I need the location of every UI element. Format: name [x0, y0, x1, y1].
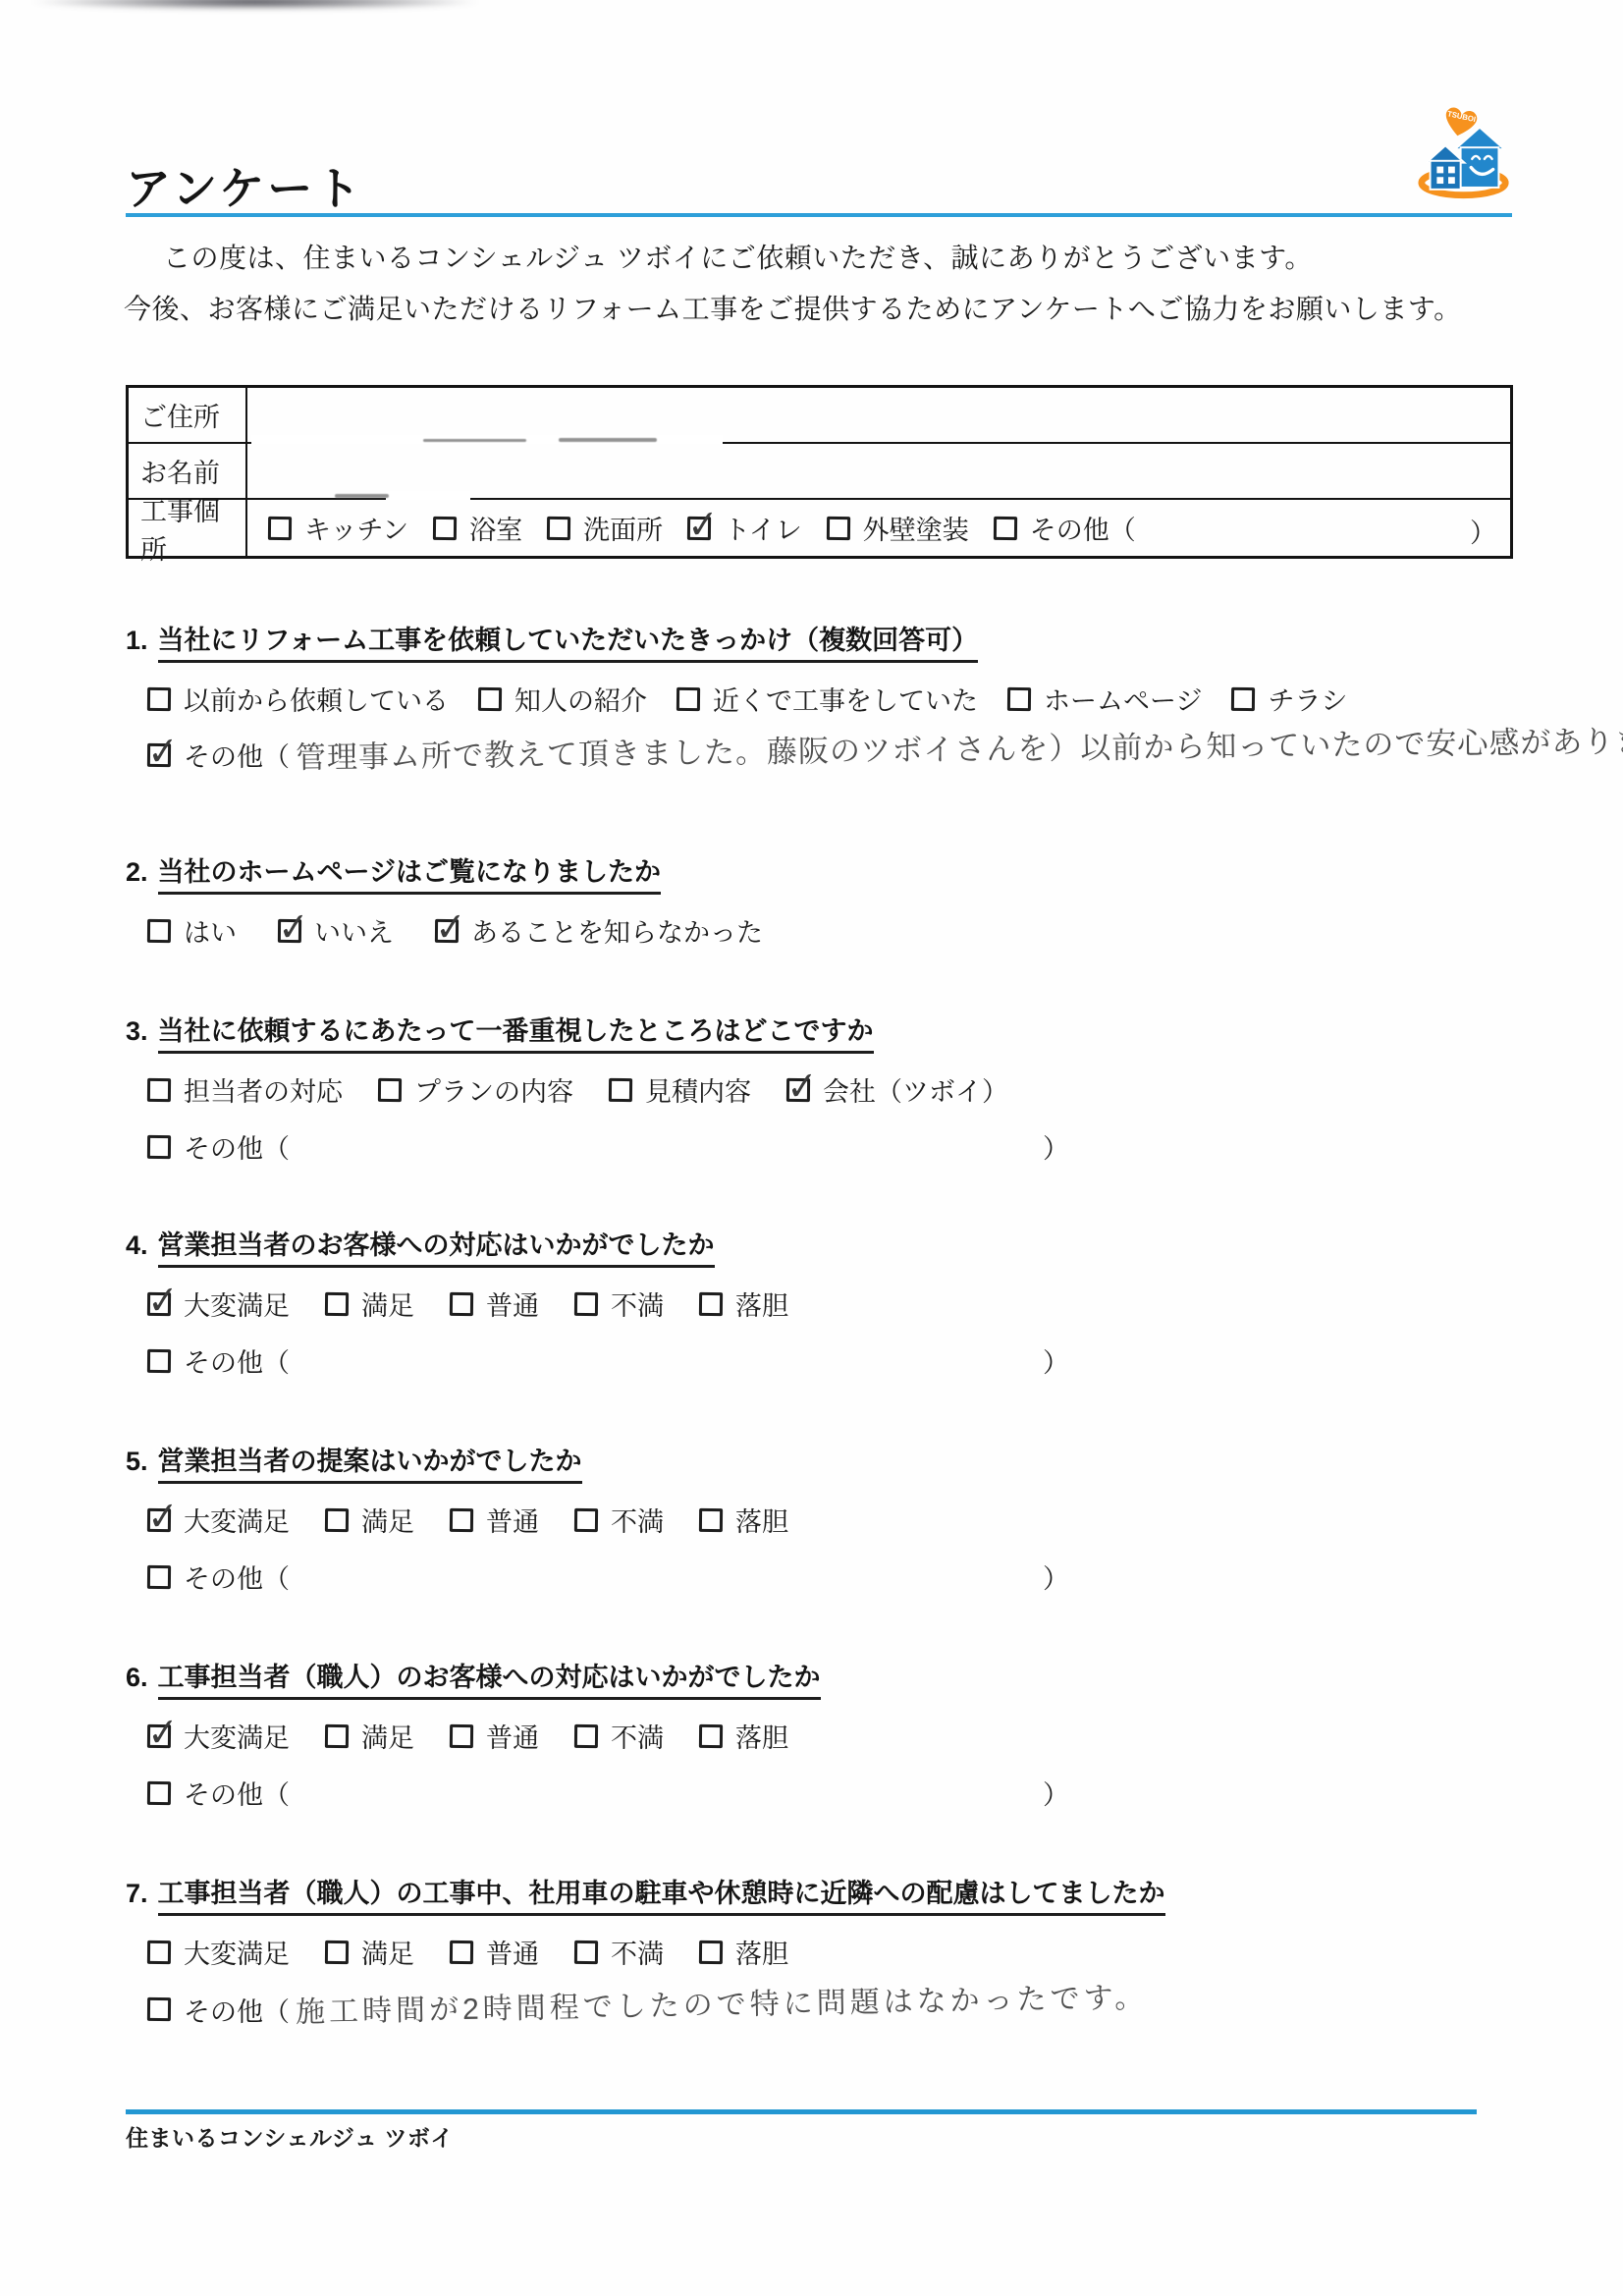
checkbox-bathroom[interactable] — [433, 516, 457, 539]
redaction-smear — [423, 439, 526, 442]
question-5-options: 大変満足 満足 普通 不満 落胆 — [147, 1501, 788, 1539]
question-7-heading: 7.工事担当者（職人）の工事中、社用車の駐車や休憩時に近隣への配慮はしてましたか — [126, 1872, 1165, 1910]
q6-checkbox-dissatisfied[interactable] — [574, 1723, 598, 1747]
redaction-patch — [386, 491, 470, 500]
q2-checkbox-yes[interactable] — [147, 918, 171, 942]
option-toilet: トイレ — [687, 509, 802, 547]
q5-checkbox-dissatisfied[interactable] — [574, 1507, 598, 1531]
q7-handwritten-answer: 施工時間が2時間程でしたので特に問題はなかったです。 — [296, 1973, 1149, 2031]
q4-checkbox-very-satisfied[interactable] — [147, 1291, 171, 1315]
redaction-smear — [559, 438, 657, 442]
q2-checkbox-did-not-know[interactable] — [435, 918, 459, 942]
worksite-other-close-paren: ） — [1470, 512, 1496, 550]
q3-checkbox-staff-response[interactable] — [147, 1077, 171, 1101]
logo-big-house — [1455, 128, 1504, 188]
checkbox-toilet[interactable] — [687, 516, 711, 539]
name-row: お名前 — [129, 444, 1510, 500]
q1-checkbox-repeat-customer[interactable] — [147, 686, 171, 710]
q7-checkbox-satisfied[interactable] — [325, 1940, 349, 1963]
footer-divider — [126, 2109, 1477, 2114]
question-4-heading: 4.営業担当者のお客様への対応はいかがでしたか — [126, 1224, 715, 1262]
q1-checkbox-referral[interactable] — [478, 686, 502, 710]
q7-checkbox-disappointed[interactable] — [699, 1940, 723, 1963]
option-exterior-paint: 外壁塗装 — [827, 509, 969, 547]
question-7-other: その他（ 施工時間が2時間程でしたので特に問題はなかったです。 — [147, 1988, 1148, 2031]
question-5-heading: 5.営業担当者の提案はいかがでしたか — [126, 1440, 582, 1478]
q1-checkbox-homepage[interactable] — [1007, 686, 1031, 710]
q7-checkbox-other[interactable] — [147, 1997, 171, 2021]
option-kitchen: キッチン — [268, 509, 408, 547]
q4-checkbox-disappointed[interactable] — [699, 1291, 723, 1315]
q4-checkbox-other[interactable] — [147, 1348, 171, 1372]
address-row: ご住所 — [129, 388, 1510, 444]
q1-checkbox-flyer[interactable] — [1231, 686, 1255, 710]
q5-other-close-paren: ） — [1043, 1558, 1069, 1596]
q6-checkbox-satisfied[interactable] — [325, 1723, 349, 1747]
q1-handwritten-answer: 管理事ム所で教えて頂きました。藤阪のツボイさんを）以前から知っていたので安心感が… — [296, 715, 1623, 777]
worksite-options: キッチン 浴室 洗面所 トイレ 外壁塗装 — [268, 500, 1500, 556]
question-3-options: 担当者の対応 プランの内容 見積内容 会社（ツボイ） — [147, 1070, 1008, 1109]
q6-checkbox-very-satisfied[interactable] — [147, 1723, 171, 1747]
q3-checkbox-other[interactable] — [147, 1134, 171, 1158]
question-6-heading: 6.工事担当者（職人）のお客様への対応はいかがでしたか — [126, 1656, 821, 1694]
q6-checkbox-disappointed[interactable] — [699, 1723, 723, 1747]
q1-checkbox-nearby-work[interactable] — [676, 686, 700, 710]
intro-line-2: 今後、お客様にご満足いただけるリフォーム工事をご提供するためにアンケートへご協力… — [124, 288, 1462, 327]
worksite-row: 工事個所 キッチン 浴室 洗面所 トイレ — [129, 500, 1510, 556]
name-field[interactable] — [266, 444, 1500, 498]
q7-checkbox-average[interactable] — [450, 1940, 473, 1963]
q7-checkbox-very-satisfied[interactable] — [147, 1940, 171, 1963]
option-bathroom: 浴室 — [433, 509, 522, 547]
tsuboi-logo: TSUBOI — [1417, 102, 1512, 204]
question-5-other: その他（ ） — [147, 1558, 290, 1596]
q6-checkbox-average[interactable] — [450, 1723, 473, 1747]
question-4-options: 大変満足 満足 普通 不満 落胆 — [147, 1285, 788, 1323]
survey-scan-page: アンケート TSUBOI この度は、住まいるコンシェルジュ ツボイにご依頼いただ… — [0, 0, 1623, 2296]
q4-checkbox-average[interactable] — [450, 1291, 473, 1315]
address-label: ご住所 — [129, 388, 247, 442]
q5-checkbox-satisfied[interactable] — [325, 1507, 349, 1531]
question-1-other: その他（ 管理事ム所で教えて頂きました。藤阪のツボイさんを）以前から知っていたの… — [147, 733, 1623, 777]
question-2-options: はい いいえ あることを知らなかった — [147, 911, 763, 950]
q3-checkbox-plan-content[interactable] — [378, 1077, 402, 1101]
question-3-heading: 3.当社に依頼するにあたって一番重視したところはどこですか — [126, 1010, 874, 1048]
checkbox-worksite-other[interactable] — [994, 516, 1017, 539]
question-6-other: その他（ ） — [147, 1774, 290, 1812]
q3-other-close-paren: ） — [1043, 1127, 1069, 1166]
option-washroom: 洗面所 — [547, 509, 663, 547]
customer-info-table: ご住所 お名前 工事個所 キッチン 浴室 — [126, 385, 1513, 559]
checkbox-washroom[interactable] — [547, 516, 570, 539]
q1-checkbox-other[interactable] — [147, 742, 171, 766]
question-7-options: 大変満足 満足 普通 不満 落胆 — [147, 1933, 788, 1971]
question-1-heading: 1.当社にリフォーム工事を依頼していただいたきっかけ（複数回答可） — [126, 619, 978, 657]
question-4-other: その他（ ） — [147, 1341, 290, 1380]
question-1-options: 以前から依頼している 知人の紹介 近くで工事をしていた ホームページ チラシ — [147, 680, 1347, 718]
question-6-options: 大変満足 満足 普通 不満 落胆 — [147, 1717, 788, 1755]
footer-company-name: 住まいるコンシェルジュ ツボイ — [126, 2120, 454, 2153]
q5-checkbox-disappointed[interactable] — [699, 1507, 723, 1531]
q4-checkbox-dissatisfied[interactable] — [574, 1291, 598, 1315]
q3-checkbox-company[interactable] — [786, 1077, 810, 1101]
q5-checkbox-average[interactable] — [450, 1507, 473, 1531]
address-field[interactable] — [266, 388, 1500, 442]
checkbox-exterior-paint[interactable] — [827, 516, 850, 539]
redaction-smear — [335, 494, 389, 498]
q6-other-close-paren: ） — [1043, 1774, 1069, 1812]
q6-checkbox-other[interactable] — [147, 1780, 171, 1804]
q4-checkbox-satisfied[interactable] — [325, 1291, 349, 1315]
question-2-heading: 2.当社のホームページはご覧になりましたか — [126, 850, 661, 889]
q5-checkbox-other[interactable] — [147, 1564, 171, 1588]
scan-artifact — [29, 0, 481, 10]
question-3-other: その他（ ） — [147, 1127, 290, 1166]
q5-checkbox-very-satisfied[interactable] — [147, 1507, 171, 1531]
checkbox-kitchen[interactable] — [268, 516, 292, 539]
q2-checkbox-no[interactable] — [278, 918, 301, 942]
q7-checkbox-dissatisfied[interactable] — [574, 1940, 598, 1963]
q4-other-close-paren: ） — [1043, 1341, 1069, 1380]
q3-checkbox-estimate[interactable] — [609, 1077, 632, 1101]
title-divider — [126, 213, 1512, 217]
logo-small-house — [1427, 145, 1465, 190]
option-other: その他（ — [994, 509, 1136, 547]
intro-line-1: この度は、住まいるコンシェルジュ ツボイにご依頼いただき、誠にありがとうございま… — [163, 237, 1313, 276]
page-title: アンケート — [126, 153, 363, 218]
worksite-label: 工事個所 — [129, 500, 247, 556]
